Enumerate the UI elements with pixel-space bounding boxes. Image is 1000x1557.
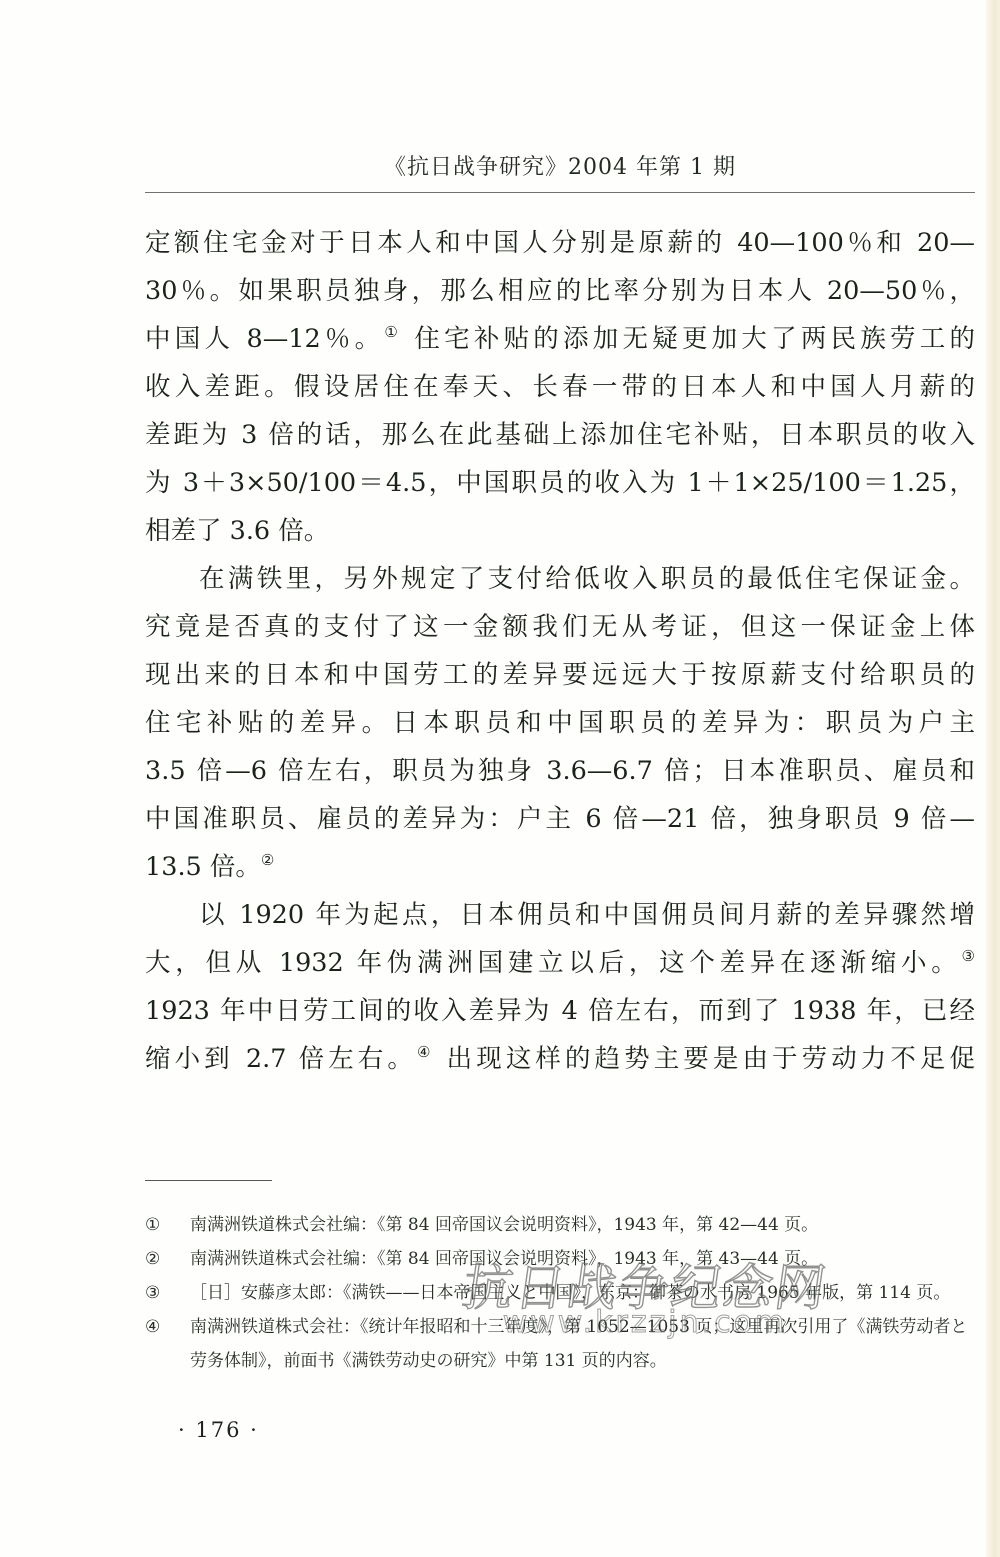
body-line-text: 缩小到 2.7 倍左右。 [145,1044,417,1074]
body-line: 为 3＋3×50/100＝4.5，中国职员的收入为 1＋1×25/100＝1.2… [145,462,975,510]
footnote-mark: ④ [145,1310,190,1378]
body-text: 定额住宅金对于日本人和中国人分别是原薪的 40—100％和 20— 30％。如果… [145,222,975,1086]
footnote-4: ④ 南满洲铁道株式会社：《统计年报昭和十三年度》，第 1052—1053 页；这… [145,1310,975,1378]
body-line-text: 13.5 倍。 [145,852,261,882]
footnote-mark: ① [145,1208,190,1242]
body-line: 差距为 3 倍的话，那么在此基础上添加住宅补贴，日本职员的收入 [145,414,975,462]
header-rule [145,192,975,193]
footnote-text: 南满洲铁道株式会社编：《第 84 回帝国议会说明资料》，1943 年，第 43—… [190,1242,975,1276]
footnote-ref-3[interactable]: ③ [962,947,975,965]
body-line-text: 住宅补贴的添加无疑更加大了两民族劳工的 [402,324,975,354]
footnote-rule [145,1180,272,1181]
footnote-text: ［日］安藤彦太郎：《满铁——日本帝国主义と中国》，东京：御茶の水书房 1965 … [190,1276,975,1310]
body-line: 13.5 倍。② [145,846,975,894]
body-line: 住宅补贴的差异。日本职员和中国职员的差异为：职员为户主 [145,702,975,750]
body-line: 1923 年中日劳工间的收入差异为 4 倍左右，而到了 1938 年，已经 [145,990,975,1038]
footnote-text: 南满洲铁道株式会社编：《第 84 回帝国议会说明资料》，1943 年，第 42—… [190,1208,975,1242]
body-line: 中国人 8—12％。① 住宅补贴的添加无疑更加大了两民族劳工的 [145,318,975,366]
body-line-text: 出现这样的趋势主要是由于劳动力不足促 [435,1044,976,1074]
body-line: 相差了 3.6 倍。 [145,510,975,558]
footnote-ref-4[interactable]: ④ [417,1043,435,1061]
footnote-2: ② 南满洲铁道株式会社编：《第 84 回帝国议会说明资料》，1943 年，第 4… [145,1242,975,1276]
footnote-ref-1[interactable]: ① [384,323,402,341]
footnote-mark: ③ [145,1276,190,1310]
body-line: 缩小到 2.7 倍左右。④ 出现这样的趋势主要是由于劳动力不足促 [145,1038,975,1086]
body-line: 30％。如果职员独身，那么相应的比率分别为日本人 20—50％， [145,270,975,318]
running-head: 《抗日战争研究》2004 年第 1 期 [145,150,975,181]
page-edge-shadow [986,0,1000,1557]
page-number: · 176 · [178,1418,259,1442]
footnote-mark: ② [145,1242,190,1276]
body-line: 大，但从 1932 年伪满洲国建立以后，这个差异在逐渐缩小。③ [145,942,975,990]
body-line: 定额住宅金对于日本人和中国人分别是原薪的 40—100％和 20— [145,222,975,270]
body-line: 中国准职员、雇员的差异为：户主 6 倍—21 倍，独身职员 9 倍— [145,798,975,846]
footnote-3: ③ ［日］安藤彦太郎：《满铁——日本帝国主义と中国》，东京：御茶の水书房 196… [145,1276,975,1310]
body-line: 收入差距。假设居住在奉天、长春一带的日本人和中国人月薪的 [145,366,975,414]
body-line-text: 中国人 8—12％。 [145,324,384,354]
body-line: 现出来的日本和中国劳工的差异要远远大于按原薪支付给职员的 [145,654,975,702]
footnote-1: ① 南满洲铁道株式会社编：《第 84 回帝国议会说明资料》，1943 年，第 4… [145,1208,975,1242]
paragraph-start-line: 在满铁里，另外规定了支付给低收入职员的最低住宅保证金。 [145,558,975,606]
footnote-ref-2[interactable]: ② [261,851,274,869]
paragraph-start-line: 以 1920 年为起点，日本佣员和中国佣员间月薪的差异骤然增 [145,894,975,942]
body-line: 3.5 倍—6 倍左右，职员为独身 3.6—6.7 倍；日本准职员、雇员和 [145,750,975,798]
body-line: 究竟是否真的支付了这一金额我们无从考证，但这一保证金上体 [145,606,975,654]
footnotes: ① 南满洲铁道株式会社编：《第 84 回帝国议会说明资料》，1943 年，第 4… [145,1208,975,1378]
footnote-text: 南满洲铁道株式会社：《统计年报昭和十三年度》，第 1052—1053 页；这里再… [190,1310,975,1378]
body-line-text: 大，但从 1932 年伪满洲国建立以后，这个差异在逐渐缩小。 [145,948,962,978]
